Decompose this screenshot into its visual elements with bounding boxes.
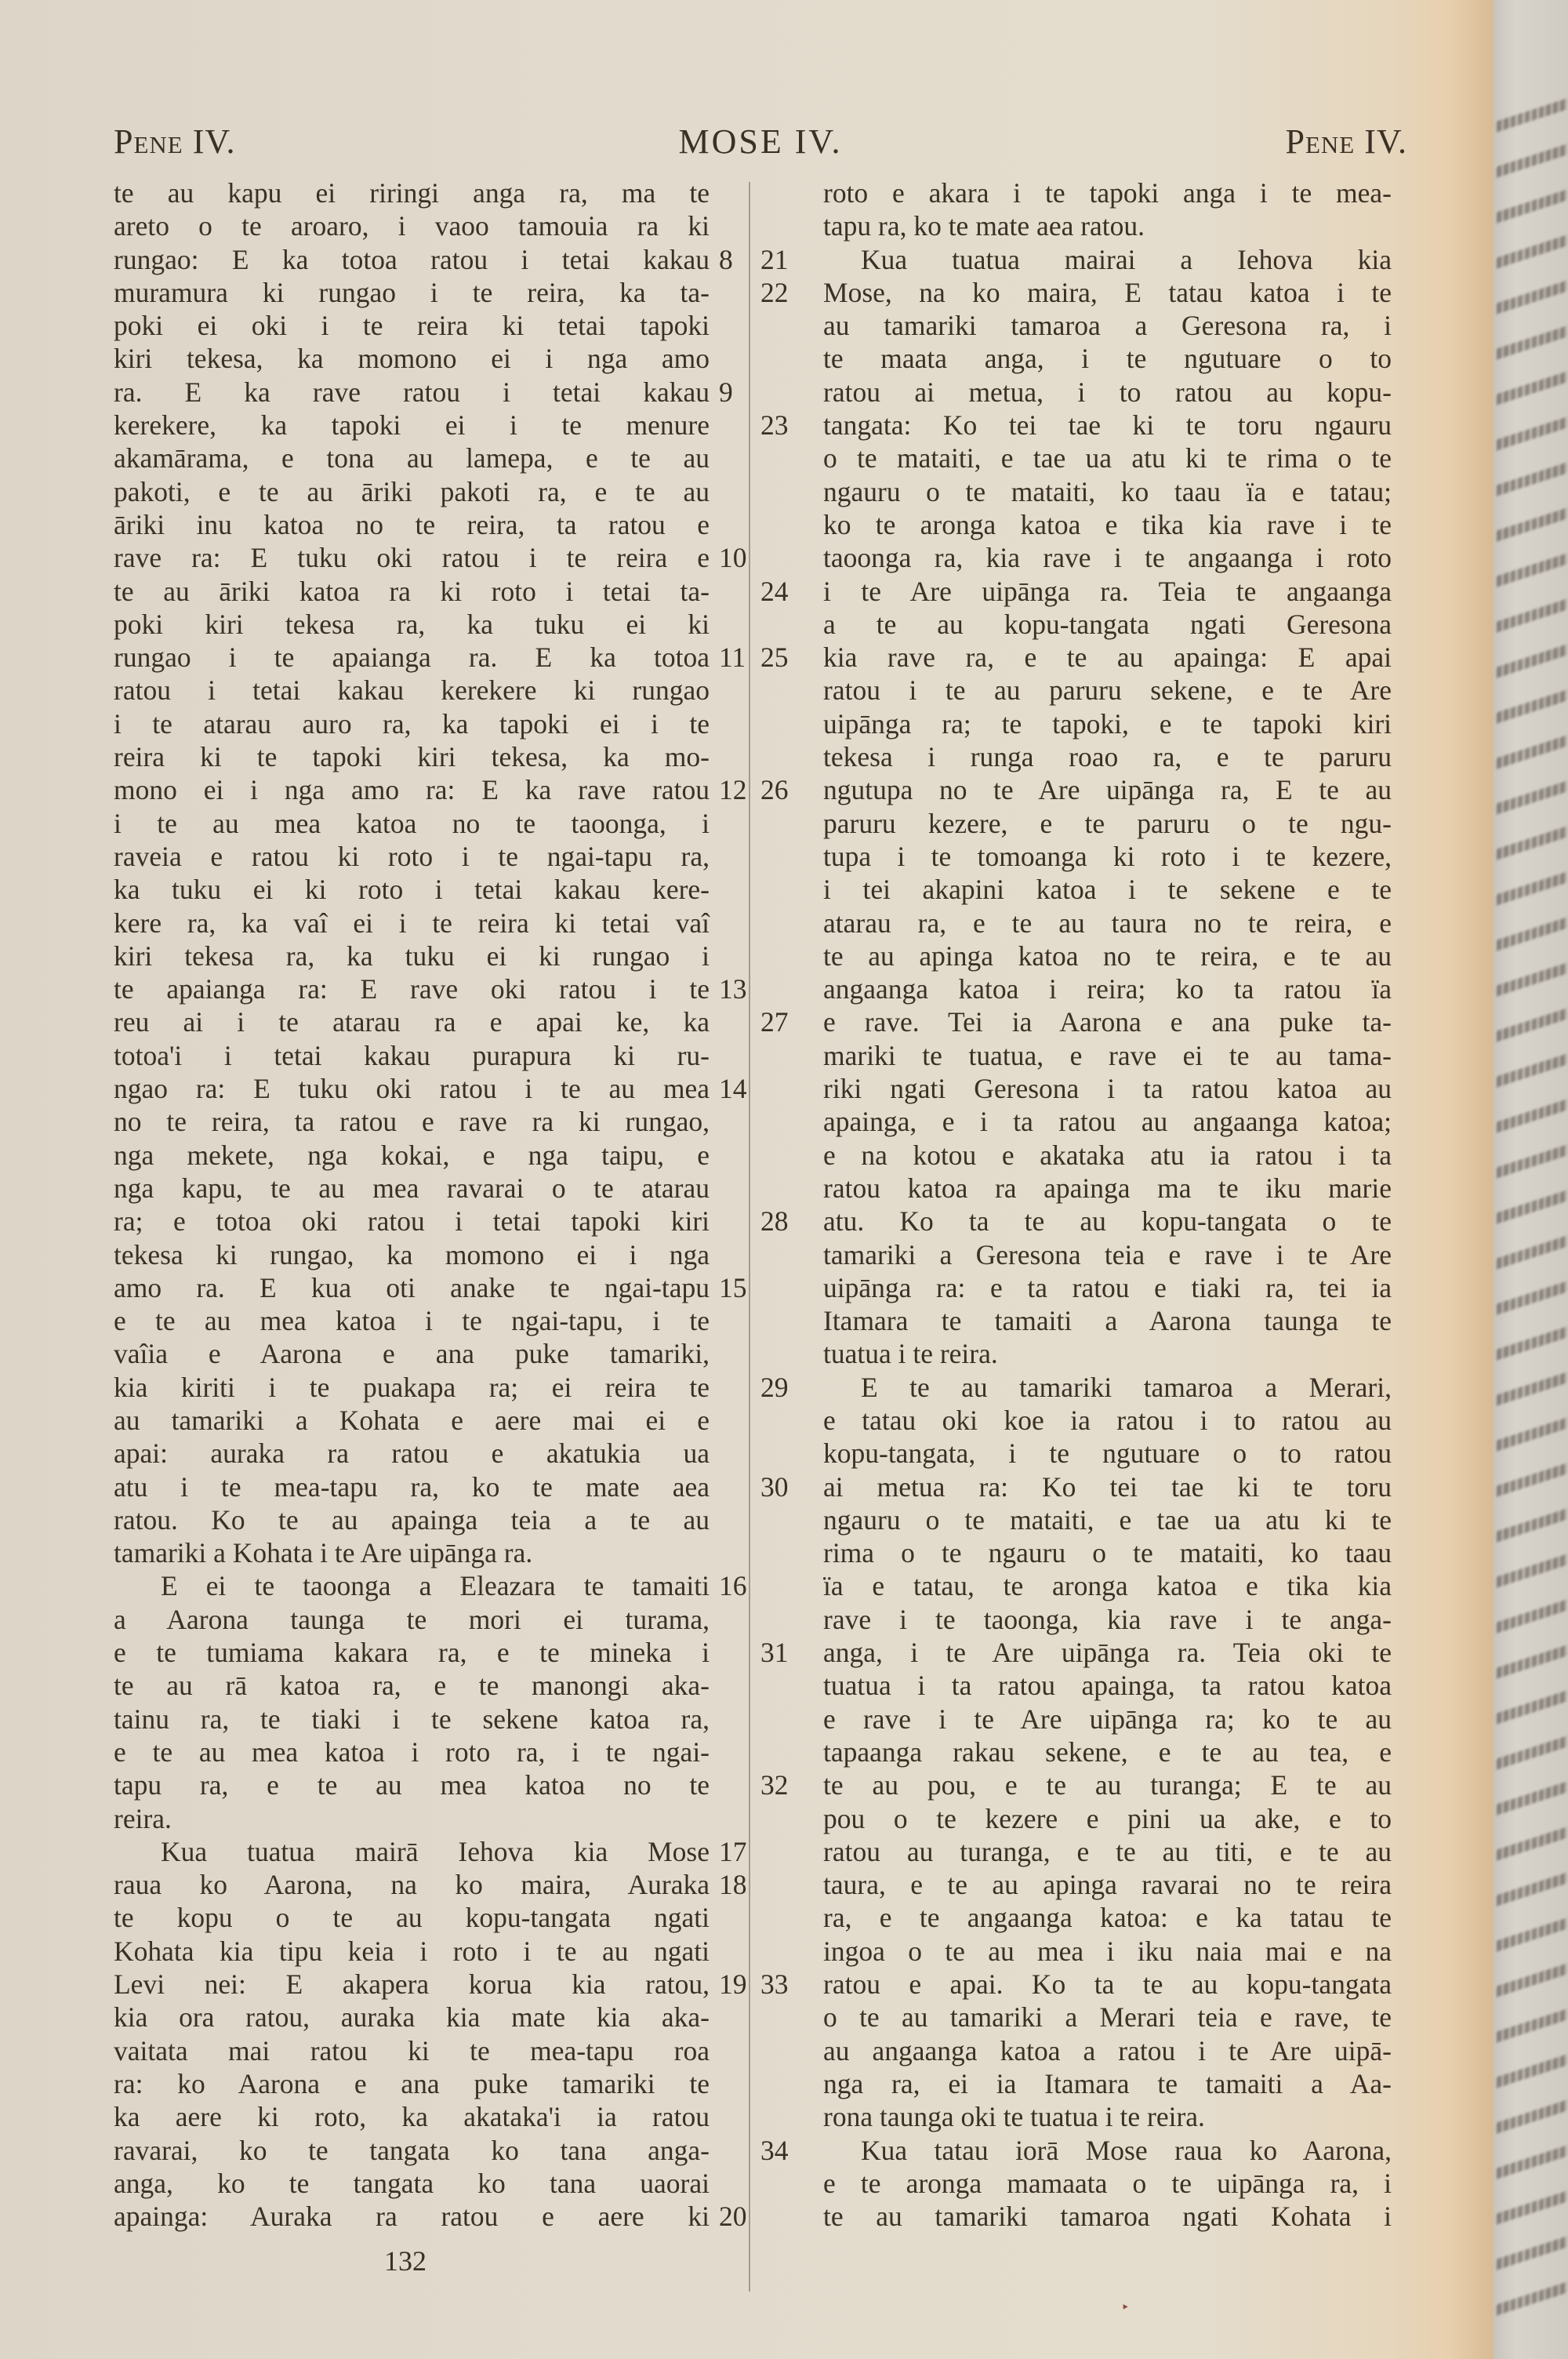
text-line: te kopu o te au kopu-tangata ngati bbox=[114, 1901, 725, 1934]
text-line: ratou ai metua, i to ratou au kopu- bbox=[784, 376, 1396, 409]
line-text: kerekere, ka tapoki ei i te menure bbox=[114, 409, 710, 442]
left-text-column: te au kapu ei riringi anga ra, ma tearet… bbox=[114, 176, 725, 2233]
line-text: tangata: Ko tei tae ki te toru ngauru bbox=[823, 409, 1392, 442]
text-line: te au pou, e te au turanga; E te au32 bbox=[784, 1768, 1396, 1801]
text-line: tamariki a Geresona teia e rave i te Are bbox=[784, 1238, 1396, 1271]
line-text: au angaanga katoa a ratou i te Are uipā- bbox=[823, 2034, 1392, 2067]
text-line: uipānga ra: e ta ratou e tiaki ra, tei i… bbox=[784, 1271, 1396, 1304]
text-line: ai metua ra: Ko tei tae ki te toru30 bbox=[784, 1470, 1396, 1503]
line-text: anga, i te Are uipānga ra. Teia oki te bbox=[823, 1636, 1392, 1669]
line-text: ratou au turanga, e te au titi, e te au bbox=[823, 1835, 1392, 1868]
line-text: ratou e apai. Ko ta te au kopu-tangata bbox=[823, 1968, 1392, 2001]
text-line: atu i te mea-tapu ra, ko te mate aea bbox=[114, 1470, 725, 1503]
blurred-text-line bbox=[1497, 917, 1567, 951]
text-line: e te au mea katoa i te ngai-tapu, i te bbox=[114, 1304, 725, 1337]
blurred-text-line bbox=[1497, 1736, 1567, 1769]
text-line: ra. E ka rave ratou i tetai kakau9 bbox=[114, 376, 725, 409]
line-text: Kua tuatua mairā Iehova kia Mose bbox=[114, 1835, 710, 1868]
line-text: te apaianga ra: E rave oki ratou i te bbox=[114, 972, 710, 1005]
line-text: pou o te kezere e pini ua ake, e to bbox=[823, 1802, 1392, 1835]
line-text: tapaanga rakau sekene, e te au tea, e bbox=[823, 1736, 1392, 1768]
verse-number: 32 bbox=[760, 1768, 789, 1801]
text-line: tapaanga rakau sekene, e te au tea, e bbox=[784, 1736, 1396, 1768]
line-text: poki ei oki i te reira ki tetai tapoki bbox=[114, 309, 710, 342]
blurred-text-line bbox=[1497, 1099, 1567, 1132]
line-text: angaanga katoa i reira; ko ta ratou ïa bbox=[823, 972, 1392, 1005]
text-line: ra: ko Aarona e ana puke tamariki te bbox=[114, 2067, 725, 2100]
text-line: apai: auraka ra ratou e akatukia ua bbox=[114, 1437, 725, 1470]
text-line: rima o te ngauru o te mataiti, ko taau bbox=[784, 1536, 1396, 1569]
text-line: mariki te tuatua, e rave ei te au tama- bbox=[784, 1039, 1396, 1072]
line-text: ratou katoa ra apainga ma te iku marie bbox=[823, 1172, 1392, 1205]
text-line: e rave. Tei ia Aarona e ana puke ta-27 bbox=[784, 1005, 1396, 1038]
running-head-right: Pene IV. bbox=[1286, 122, 1408, 162]
text-line: e tatau oki koe ia ratou i to ratou au bbox=[784, 1404, 1396, 1437]
text-line: tapu ra, ko te mate aea ratou. bbox=[784, 209, 1396, 242]
text-line: tangata: Ko tei tae ki te toru ngauru23 bbox=[784, 409, 1396, 442]
text-line: amo ra. E kua oti anake te ngai-tapu15 bbox=[114, 1271, 725, 1304]
line-text: ra. E ka rave ratou i tetai kakau bbox=[114, 376, 710, 409]
verse-number: 12 bbox=[719, 773, 747, 806]
line-text: te au kapu ei riringi anga ra, ma te bbox=[114, 176, 710, 209]
line-text: au tamariki a Kohata e aere mai ei e bbox=[114, 1404, 710, 1437]
line-text: te au apinga katoa no te reira, e te au bbox=[823, 940, 1392, 972]
blurred-text-line bbox=[1497, 1508, 1567, 1542]
line-text: Kohata kia tipu keia i roto i te au ngat… bbox=[114, 1935, 710, 1968]
line-text: uipānga ra: e ta ratou e tiaki ra, tei i… bbox=[823, 1271, 1392, 1304]
line-text: e te tumiama kakara ra, e te mineka i bbox=[114, 1636, 710, 1669]
text-line: anga, i te Are uipānga ra. Teia oki te31 bbox=[784, 1636, 1396, 1669]
blurred-text-line bbox=[1497, 2281, 1567, 2315]
line-text: te kopu o te au kopu-tangata ngati bbox=[114, 1901, 710, 1934]
line-text: nga kapu, te au mea ravarai o te atarau bbox=[114, 1172, 710, 1205]
blurred-text-line bbox=[1497, 507, 1567, 541]
text-line: e na kotou e akataka atu ia ratou i ta bbox=[784, 1139, 1396, 1172]
text-line: kia rave ra, e te au apainga: E apai25 bbox=[784, 641, 1396, 674]
line-text: ra: ko Aarona e ana puke tamariki te bbox=[114, 2067, 710, 2100]
text-line: rona taunga oki te tuatua i te reira. bbox=[784, 2100, 1396, 2133]
blurred-text-line bbox=[1497, 780, 1567, 814]
text-line: te maata anga, i te ngutuare o to bbox=[784, 342, 1396, 375]
text-line: i te au mea katoa no te taoonga, i bbox=[114, 807, 725, 840]
text-line: te au āriki katoa ra ki roto i tetai ta- bbox=[114, 575, 725, 608]
text-line: kerekere, ka tapoki ei i te menure bbox=[114, 409, 725, 442]
text-line: reu ai i te atarau ra e apai ke, ka bbox=[114, 1005, 725, 1038]
line-text: tamariki a Kohata i te Are uipānga ra. bbox=[114, 1536, 710, 1569]
verse-number: 31 bbox=[760, 1636, 789, 1669]
text-line: taoonga ra, kia rave i te angaanga i rot… bbox=[784, 541, 1396, 574]
text-line: Levi nei: E akapera korua kia ratou,19 bbox=[114, 1968, 725, 2001]
text-line: o te mataiti, e tae ua atu ki te rima o … bbox=[784, 442, 1396, 474]
line-text: i tei akapini katoa i te sekene e te bbox=[823, 873, 1392, 906]
blurred-text-line bbox=[1497, 553, 1567, 587]
text-line: apainga: Auraka ra ratou e aere ki20 bbox=[114, 2200, 725, 2233]
text-line: kiri tekesa, ka momono ei i nga amo bbox=[114, 342, 725, 375]
text-line: pakoti, e te au āriki pakoti ra, e te au bbox=[114, 475, 725, 508]
text-line: ngauru o te mataiti, e tae ua atu ki te bbox=[784, 1503, 1396, 1536]
blurred-text-line bbox=[1497, 1463, 1567, 1496]
text-line: apainga, e i ta ratou au angaanga katoa; bbox=[784, 1105, 1396, 1138]
blurred-text-line bbox=[1497, 2145, 1567, 2179]
line-text: tupa i te tomoanga ki roto i te kezere, bbox=[823, 840, 1392, 873]
blurred-text-line bbox=[1497, 1144, 1567, 1178]
line-text: e rave. Tei ia Aarona e ana puke ta- bbox=[823, 1005, 1392, 1038]
text-line: rave ra: E tuku oki ratou i te reira e10 bbox=[114, 541, 725, 574]
line-text: te au rā katoa ra, e te manongi aka- bbox=[114, 1669, 710, 1702]
blurred-text-line bbox=[1497, 871, 1567, 905]
line-text: e rave i te Are uipānga ra; ko te au bbox=[823, 1703, 1392, 1736]
line-text: āriki inu katoa no te reira, ta ratou e bbox=[114, 508, 710, 541]
line-text: Itamara te tamaiti a Aarona taunga te bbox=[823, 1304, 1392, 1337]
blurred-text-line bbox=[1497, 1053, 1567, 1087]
page-number: 132 bbox=[384, 2245, 426, 2277]
line-text: ratou i tetai kakau kerekere ki rungao bbox=[114, 674, 710, 707]
line-text: kiri tekesa ra, ka tuku ei ki rungao i bbox=[114, 940, 710, 972]
blurred-text-line bbox=[1497, 325, 1567, 359]
blurred-text-line bbox=[1497, 1190, 1567, 1223]
text-line: vaîia e Aarona e ana puke tamariki, bbox=[114, 1337, 725, 1370]
text-line: rungao: E ka totoa ratou i tetai kakau8 bbox=[114, 243, 725, 276]
text-line: atarau ra, e te au taura no te reira, e bbox=[784, 907, 1396, 940]
text-line: kia kiriti i te puakapa ra; ei reira te bbox=[114, 1371, 725, 1404]
text-line: nga kapu, te au mea ravarai o te atarau bbox=[114, 1172, 725, 1205]
blurred-text-line bbox=[1497, 1645, 1567, 1678]
line-text: atarau ra, e te au taura no te reira, e bbox=[823, 907, 1392, 940]
line-text: kia kiriti i te puakapa ra; ei reira te bbox=[114, 1371, 710, 1404]
blurred-text-line bbox=[1497, 644, 1567, 678]
line-text: a te au kopu-tangata ngati Geresona bbox=[823, 608, 1392, 641]
text-line: Itamara te tamaiti a Aarona taunga te bbox=[784, 1304, 1396, 1337]
verse-number: 23 bbox=[760, 409, 789, 442]
verse-number: 14 bbox=[719, 1072, 747, 1105]
text-line: ngutupa no te Are uipānga ra, E te au26 bbox=[784, 773, 1396, 806]
verse-number: 30 bbox=[760, 1470, 789, 1503]
blurred-text-line bbox=[1497, 1281, 1567, 1314]
line-text: raua ko Aarona, na ko maira, Auraka bbox=[114, 1868, 710, 1901]
line-text: kere ra, ka vaî ei i te reira ki tetai v… bbox=[114, 907, 710, 940]
blurred-text-line bbox=[1497, 1235, 1567, 1269]
text-line: tapu ra, e te au mea katoa no te bbox=[114, 1768, 725, 1801]
text-line: ka tuku ei ki roto i tetai kakau kere- bbox=[114, 873, 725, 906]
verse-number: 13 bbox=[719, 972, 747, 1005]
blurred-text-line bbox=[1497, 1326, 1567, 1360]
blurred-text-line bbox=[1497, 144, 1567, 177]
line-text: a Aarona taunga te mori ei turama, bbox=[114, 1603, 710, 1636]
line-text: apai: auraka ra ratou e akatukia ua bbox=[114, 1437, 710, 1470]
line-text: ngao ra: E tuku oki ratou i te au mea bbox=[114, 1072, 710, 1105]
line-text: reira ki te tapoki kiri tekesa, ka mo- bbox=[114, 740, 710, 773]
line-text: ïa e tatau, te aronga katoa e tika kia bbox=[823, 1569, 1392, 1602]
text-line: pou o te kezere e pini ua ake, e to bbox=[784, 1802, 1396, 1835]
text-line: a Aarona taunga te mori ei turama, bbox=[114, 1603, 725, 1636]
line-text: ratou i te au paruru sekene, e te Are bbox=[823, 674, 1392, 707]
blurred-text-line bbox=[1497, 189, 1567, 223]
text-line: roto e akara i te tapoki anga i te mea- bbox=[784, 176, 1396, 209]
line-text: e tatau oki koe ia ratou i to ratou au bbox=[823, 1404, 1392, 1437]
text-line: ingoa o te au mea i iku naia mai e na bbox=[784, 1935, 1396, 1968]
line-text: rave ra: E tuku oki ratou i te reira e bbox=[114, 541, 710, 574]
line-text: i te atarau auro ra, ka tapoki ei i te bbox=[114, 707, 710, 740]
line-text: akamārama, e tona au lamepa, e te au bbox=[114, 442, 710, 474]
line-text: uipānga ra; te tapoki, e te tapoki kiri bbox=[823, 707, 1392, 740]
text-line: raveia e ratou ki roto i te ngai-tapu ra… bbox=[114, 840, 725, 873]
line-text: E ei te taoonga a Eleazara te tamaiti bbox=[114, 1569, 710, 1602]
text-line: i te Are uipānga ra. Teia te angaanga24 bbox=[784, 575, 1396, 608]
line-text: rungao i te apaianga ra. E ka totoa bbox=[114, 641, 710, 674]
blurred-text-line bbox=[1497, 462, 1567, 496]
text-line: uipānga ra; te tapoki, e te tapoki kiri bbox=[784, 707, 1396, 740]
text-line: ïa e tatau, te aronga katoa e tika kia bbox=[784, 1569, 1396, 1602]
text-line: taura, e te au apinga ravarai no te reir… bbox=[784, 1868, 1396, 1901]
line-text: muramura ki rungao i te reira, ka ta- bbox=[114, 276, 710, 309]
verse-number: 29 bbox=[760, 1371, 789, 1404]
line-text: ka aere ki roto, ka akataka'i ia ratou bbox=[114, 2100, 710, 2133]
text-line: kiri tekesa ra, ka tuku ei ki rungao i bbox=[114, 940, 725, 972]
line-text: tainu ra, te tiaki i te sekene katoa ra, bbox=[114, 1703, 710, 1736]
blurred-text-line bbox=[1497, 416, 1567, 450]
blurred-text-line bbox=[1497, 1781, 1567, 1815]
text-line: riki ngati Geresona i ta ratou katoa au bbox=[784, 1072, 1396, 1105]
line-text: mariki te tuatua, e rave ei te au tama- bbox=[823, 1039, 1392, 1072]
line-text: tamariki a Geresona teia e rave i te Are bbox=[823, 1238, 1392, 1271]
text-line: ratou i te au paruru sekene, e te Are bbox=[784, 674, 1396, 707]
blurred-text-line bbox=[1497, 280, 1567, 314]
line-text: ratou ai metua, i to ratou au kopu- bbox=[823, 376, 1392, 409]
text-line: tekesa ki rungao, ka momono ei i nga bbox=[114, 1238, 725, 1271]
text-line: rungao i te apaianga ra. E ka totoa11 bbox=[114, 641, 725, 674]
text-line: ratou au turanga, e te au titi, e te au bbox=[784, 1835, 1396, 1868]
line-text: roto e akara i te tapoki anga i te mea- bbox=[823, 176, 1392, 209]
line-text: Kua tatau iorā Mose raua ko Aarona, bbox=[823, 2134, 1392, 2167]
text-line: te au kapu ei riringi anga ra, ma te bbox=[114, 176, 725, 209]
text-line: poki ei oki i te reira ki tetai tapoki bbox=[114, 309, 725, 342]
line-text: pakoti, e te au āriki pakoti ra, e te au bbox=[114, 475, 710, 508]
text-line: ravarai, ko te tangata ko tana anga- bbox=[114, 2134, 725, 2167]
blurred-text-line bbox=[1497, 2054, 1567, 2088]
blurred-text-line bbox=[1497, 2190, 1567, 2224]
text-line: tamariki a Kohata i te Are uipānga ra. bbox=[114, 1536, 725, 1569]
text-line: tupa i te tomoanga ki roto i te kezere, bbox=[784, 840, 1396, 873]
line-text: ngutupa no te Are uipānga ra, E te au bbox=[823, 773, 1392, 806]
text-line: te au tamariki tamaroa ngati Kohata i bbox=[784, 2200, 1396, 2233]
line-text: ngauru o te mataiti, e tae ua atu ki te bbox=[823, 1503, 1392, 1536]
line-text: kopu-tangata, i te ngutuare o to ratou bbox=[823, 1437, 1392, 1470]
line-text: totoa'i i tetai kakau purapura ki ru- bbox=[114, 1039, 710, 1072]
signature-mark-icon: ‣ bbox=[1121, 2299, 1130, 2316]
text-line: Kua tuatua mairai a Iehova kia21 bbox=[784, 243, 1396, 276]
line-text: o te au tamariki a Merari teia e rave, t… bbox=[823, 2001, 1392, 2034]
text-line: a te au kopu-tangata ngati Geresona bbox=[784, 608, 1396, 641]
text-line: i tei akapini katoa i te sekene e te bbox=[784, 873, 1396, 906]
blurred-text-line bbox=[1497, 962, 1567, 996]
line-text: e te au mea katoa i te ngai-tapu, i te bbox=[114, 1304, 710, 1337]
verse-number: 20 bbox=[719, 2200, 747, 2233]
text-line: E te au tamariki tamaroa a Merari,29 bbox=[784, 1371, 1396, 1404]
blurred-text-line bbox=[1497, 689, 1567, 723]
line-text: tuatua i ta ratou apainga, ta ratou kato… bbox=[823, 1669, 1392, 1702]
line-text: mono ei i nga amo ra: E ka rave ratou bbox=[114, 773, 710, 806]
verse-number: 28 bbox=[760, 1205, 789, 1238]
blurred-text-line bbox=[1497, 1963, 1567, 1997]
blurred-text-line bbox=[1497, 2099, 1567, 2133]
line-text: atu. Ko ta te au kopu-tangata o te bbox=[823, 1205, 1392, 1238]
verse-number: 18 bbox=[719, 1868, 747, 1901]
line-text: e te aronga mamaata o te uipānga ra, i bbox=[823, 2167, 1392, 2200]
text-line: tuatua i te reira. bbox=[784, 1337, 1396, 1370]
line-text: ingoa o te au mea i iku naia mai e na bbox=[823, 1935, 1392, 1968]
verse-number: 25 bbox=[760, 641, 789, 674]
text-line: ngauru o te mataiti, ko taau ïa e tatau; bbox=[784, 475, 1396, 508]
text-line: reira ki te tapoki kiri tekesa, ka mo- bbox=[114, 740, 725, 773]
adjacent-curled-page bbox=[1494, 0, 1568, 2359]
line-text: i te au mea katoa no te taoonga, i bbox=[114, 807, 710, 840]
verse-number: 27 bbox=[760, 1005, 789, 1038]
line-text: ngauru o te mataiti, ko taau ïa e tatau; bbox=[823, 475, 1392, 508]
text-line: rave i te taoonga, kia rave i te anga- bbox=[784, 1603, 1396, 1636]
blurred-text-line bbox=[1497, 735, 1567, 769]
text-line: atu. Ko ta te au kopu-tangata o te28 bbox=[784, 1205, 1396, 1238]
text-line: poki kiri tekesa ra, ka tuku ei ki bbox=[114, 608, 725, 641]
line-text: o te mataiti, e tae ua atu ki te rima o … bbox=[823, 442, 1392, 474]
line-text: ko te aronga katoa e tika kia rave i te bbox=[823, 508, 1392, 541]
line-text: e na kotou e akataka atu ia ratou i ta bbox=[823, 1139, 1392, 1172]
line-text: Kua tuatua mairai a Iehova kia bbox=[823, 243, 1392, 276]
line-text: tekesa ki rungao, ka momono ei i nga bbox=[114, 1238, 710, 1271]
text-line: ra; e totoa oki ratou i tetai tapoki kir… bbox=[114, 1205, 725, 1238]
line-text: kia ora ratou, auraka kia mate kia aka- bbox=[114, 2001, 710, 2034]
text-line: ra, e te angaanga katoa: e ka tatau te bbox=[784, 1901, 1396, 1934]
line-text: ra, e te angaanga katoa: e ka tatau te bbox=[823, 1901, 1392, 1934]
text-line: muramura ki rungao i te reira, ka ta- bbox=[114, 276, 725, 309]
verse-number: 34 bbox=[760, 2134, 789, 2167]
line-text: te au tamariki tamaroa ngati Kohata i bbox=[823, 2200, 1392, 2233]
line-text: apainga, e i ta ratou au angaanga katoa; bbox=[823, 1105, 1392, 1138]
text-line: e te au mea katoa i roto ra, i te ngai- bbox=[114, 1736, 725, 1768]
blurred-text-line bbox=[1497, 598, 1567, 632]
verse-number: 9 bbox=[719, 376, 733, 409]
blurred-text-line bbox=[1497, 98, 1567, 132]
text-line: tainu ra, te tiaki i te sekene katoa ra, bbox=[114, 1703, 725, 1736]
line-text: rave i te taoonga, kia rave i te anga- bbox=[823, 1603, 1392, 1636]
text-line: au tamariki tamaroa a Geresona ra, i bbox=[784, 309, 1396, 342]
verse-number: 21 bbox=[760, 243, 789, 276]
text-line: Mose, na ko maira, E tatau katoa i te22 bbox=[784, 276, 1396, 309]
line-text: taoonga ra, kia rave i te angaanga i rot… bbox=[823, 541, 1392, 574]
line-text: tapu ra, ko te mate aea ratou. bbox=[823, 209, 1392, 242]
verse-number: 8 bbox=[719, 243, 733, 276]
line-text: ai metua ra: Ko tei tae ki te toru bbox=[823, 1470, 1392, 1503]
text-line: te apaianga ra: E rave oki ratou i te13 bbox=[114, 972, 725, 1005]
line-text: amo ra. E kua oti anake te ngai-tapu bbox=[114, 1271, 710, 1304]
line-text: E te au tamariki tamaroa a Merari, bbox=[823, 1371, 1392, 1404]
text-line: no te reira, ta ratou e rave ra ki runga… bbox=[114, 1105, 725, 1138]
line-text: atu i te mea-tapu ra, ko te mate aea bbox=[114, 1470, 710, 1503]
line-text: tuatua i te reira. bbox=[823, 1337, 1392, 1370]
text-line: Kohata kia tipu keia i roto i te au ngat… bbox=[114, 1935, 725, 1968]
line-text: Levi nei: E akapera korua kia ratou, bbox=[114, 1968, 710, 2001]
text-line: nga mekete, nga kokai, e nga taipu, e bbox=[114, 1139, 725, 1172]
text-line: angaanga katoa i reira; ko ta ratou ïa bbox=[784, 972, 1396, 1005]
line-text: tapu ra, e te au mea katoa no te bbox=[114, 1768, 710, 1801]
line-text: te au pou, e te au turanga; E te au bbox=[823, 1768, 1392, 1801]
line-text: ra; e totoa oki ratou i tetai tapoki kir… bbox=[114, 1205, 710, 1238]
verse-number: 26 bbox=[760, 773, 789, 806]
text-line: anga, ko te tangata ko tana uaorai bbox=[114, 2167, 725, 2200]
verse-number: 17 bbox=[719, 1835, 747, 1868]
text-line: E ei te taoonga a Eleazara te tamaiti16 bbox=[114, 1569, 725, 1602]
line-text: ravarai, ko te tangata ko tana anga- bbox=[114, 2134, 710, 2167]
text-line: akamārama, e tona au lamepa, e te au bbox=[114, 442, 725, 474]
line-text: rona taunga oki te tuatua i te reira. bbox=[823, 2100, 1392, 2133]
verse-number: 15 bbox=[719, 1271, 747, 1304]
text-line: ratou katoa ra apainga ma te iku marie bbox=[784, 1172, 1396, 1205]
blurred-text-line bbox=[1497, 1372, 1567, 1405]
text-line: au angaanga katoa a ratou i te Are uipā- bbox=[784, 2034, 1396, 2067]
verse-number: 19 bbox=[719, 1968, 747, 2001]
text-line: o te au tamariki a Merari teia e rave, t… bbox=[784, 2001, 1396, 2034]
verse-number: 33 bbox=[760, 1968, 789, 2001]
line-text: areto o te aroaro, i vaoo tamouia ra ki bbox=[114, 209, 710, 242]
text-line: e te aronga mamaata o te uipānga ra, i bbox=[784, 2167, 1396, 2200]
text-line: tuatua i ta ratou apainga, ta ratou kato… bbox=[784, 1669, 1396, 1702]
running-head-center: MOSE IV. bbox=[114, 122, 1407, 162]
text-line: nga ra, ei ia Itamara te tamaiti a Aa- bbox=[784, 2067, 1396, 2100]
text-line: kia ora ratou, auraka kia mate kia aka- bbox=[114, 2001, 725, 2034]
text-line: Kua tuatua mairā Iehova kia Mose17 bbox=[114, 1835, 725, 1868]
text-line: e te tumiama kakara ra, e te mineka i bbox=[114, 1636, 725, 1669]
blurred-text-line bbox=[1497, 1826, 1567, 1860]
text-line: ratou. Ko te au apainga teia a te au bbox=[114, 1503, 725, 1536]
text-line: te au apinga katoa no te reira, e te au bbox=[784, 940, 1396, 972]
line-text: kiri tekesa, ka momono ei i nga amo bbox=[114, 342, 710, 375]
text-line: au tamariki a Kohata e aere mai ei e bbox=[114, 1404, 725, 1437]
blurred-text-line bbox=[1497, 234, 1567, 268]
line-text: ratou. Ko te au apainga teia a te au bbox=[114, 1503, 710, 1536]
text-line: ko te aronga katoa e tika kia rave i te bbox=[784, 508, 1396, 541]
line-text: riki ngati Geresona i ta ratou katoa au bbox=[823, 1072, 1392, 1105]
text-line: ratou i tetai kakau kerekere ki rungao bbox=[114, 674, 725, 707]
text-line: te au rā katoa ra, e te manongi aka- bbox=[114, 1669, 725, 1702]
line-text: no te reira, ta ratou e rave ra ki runga… bbox=[114, 1105, 710, 1138]
running-head: Pene IV. MOSE IV. Pene IV. bbox=[114, 122, 1407, 169]
line-text: i te Are uipānga ra. Teia te angaanga bbox=[823, 575, 1392, 608]
blurred-text-line bbox=[1497, 371, 1567, 405]
line-text: poki kiri tekesa ra, ka tuku ei ki bbox=[114, 608, 710, 641]
line-text: te maata anga, i te ngutuare o to bbox=[823, 342, 1392, 375]
verse-number: 16 bbox=[719, 1569, 747, 1602]
text-line: i te atarau auro ra, ka tapoki ei i te bbox=[114, 707, 725, 740]
verse-number: 11 bbox=[719, 641, 746, 674]
blurred-text-line bbox=[1497, 1872, 1567, 1906]
blurred-text-line bbox=[1497, 826, 1567, 860]
text-line: totoa'i i tetai kakau purapura ki ru- bbox=[114, 1039, 725, 1072]
text-line: areto o te aroaro, i vaoo tamouia ra ki bbox=[114, 209, 725, 242]
text-line: ngao ra: E tuku oki ratou i te au mea14 bbox=[114, 1072, 725, 1105]
text-line: raua ko Aarona, na ko maira, Auraka18 bbox=[114, 1868, 725, 1901]
line-text: nga mekete, nga kokai, e nga taipu, e bbox=[114, 1139, 710, 1172]
blurred-text-line bbox=[1497, 1599, 1567, 1633]
line-text: raveia e ratou ki roto i te ngai-tapu ra… bbox=[114, 840, 710, 873]
line-text: reira. bbox=[114, 1802, 710, 1835]
blurred-text-line bbox=[1497, 1917, 1567, 1951]
line-text: tekesa i runga roao ra, e te paruru bbox=[823, 740, 1392, 773]
book-page: Pene IV. MOSE IV. Pene IV. te au kapu ei… bbox=[0, 0, 1494, 2359]
line-text: au tamariki tamaroa a Geresona ra, i bbox=[823, 309, 1392, 342]
text-line: reira. bbox=[114, 1802, 725, 1835]
text-line: ka aere ki roto, ka akataka'i ia ratou bbox=[114, 2100, 725, 2133]
blurred-text-line bbox=[1497, 2008, 1567, 2042]
right-text-column: roto e akara i te tapoki anga i te mea-t… bbox=[784, 176, 1396, 2233]
